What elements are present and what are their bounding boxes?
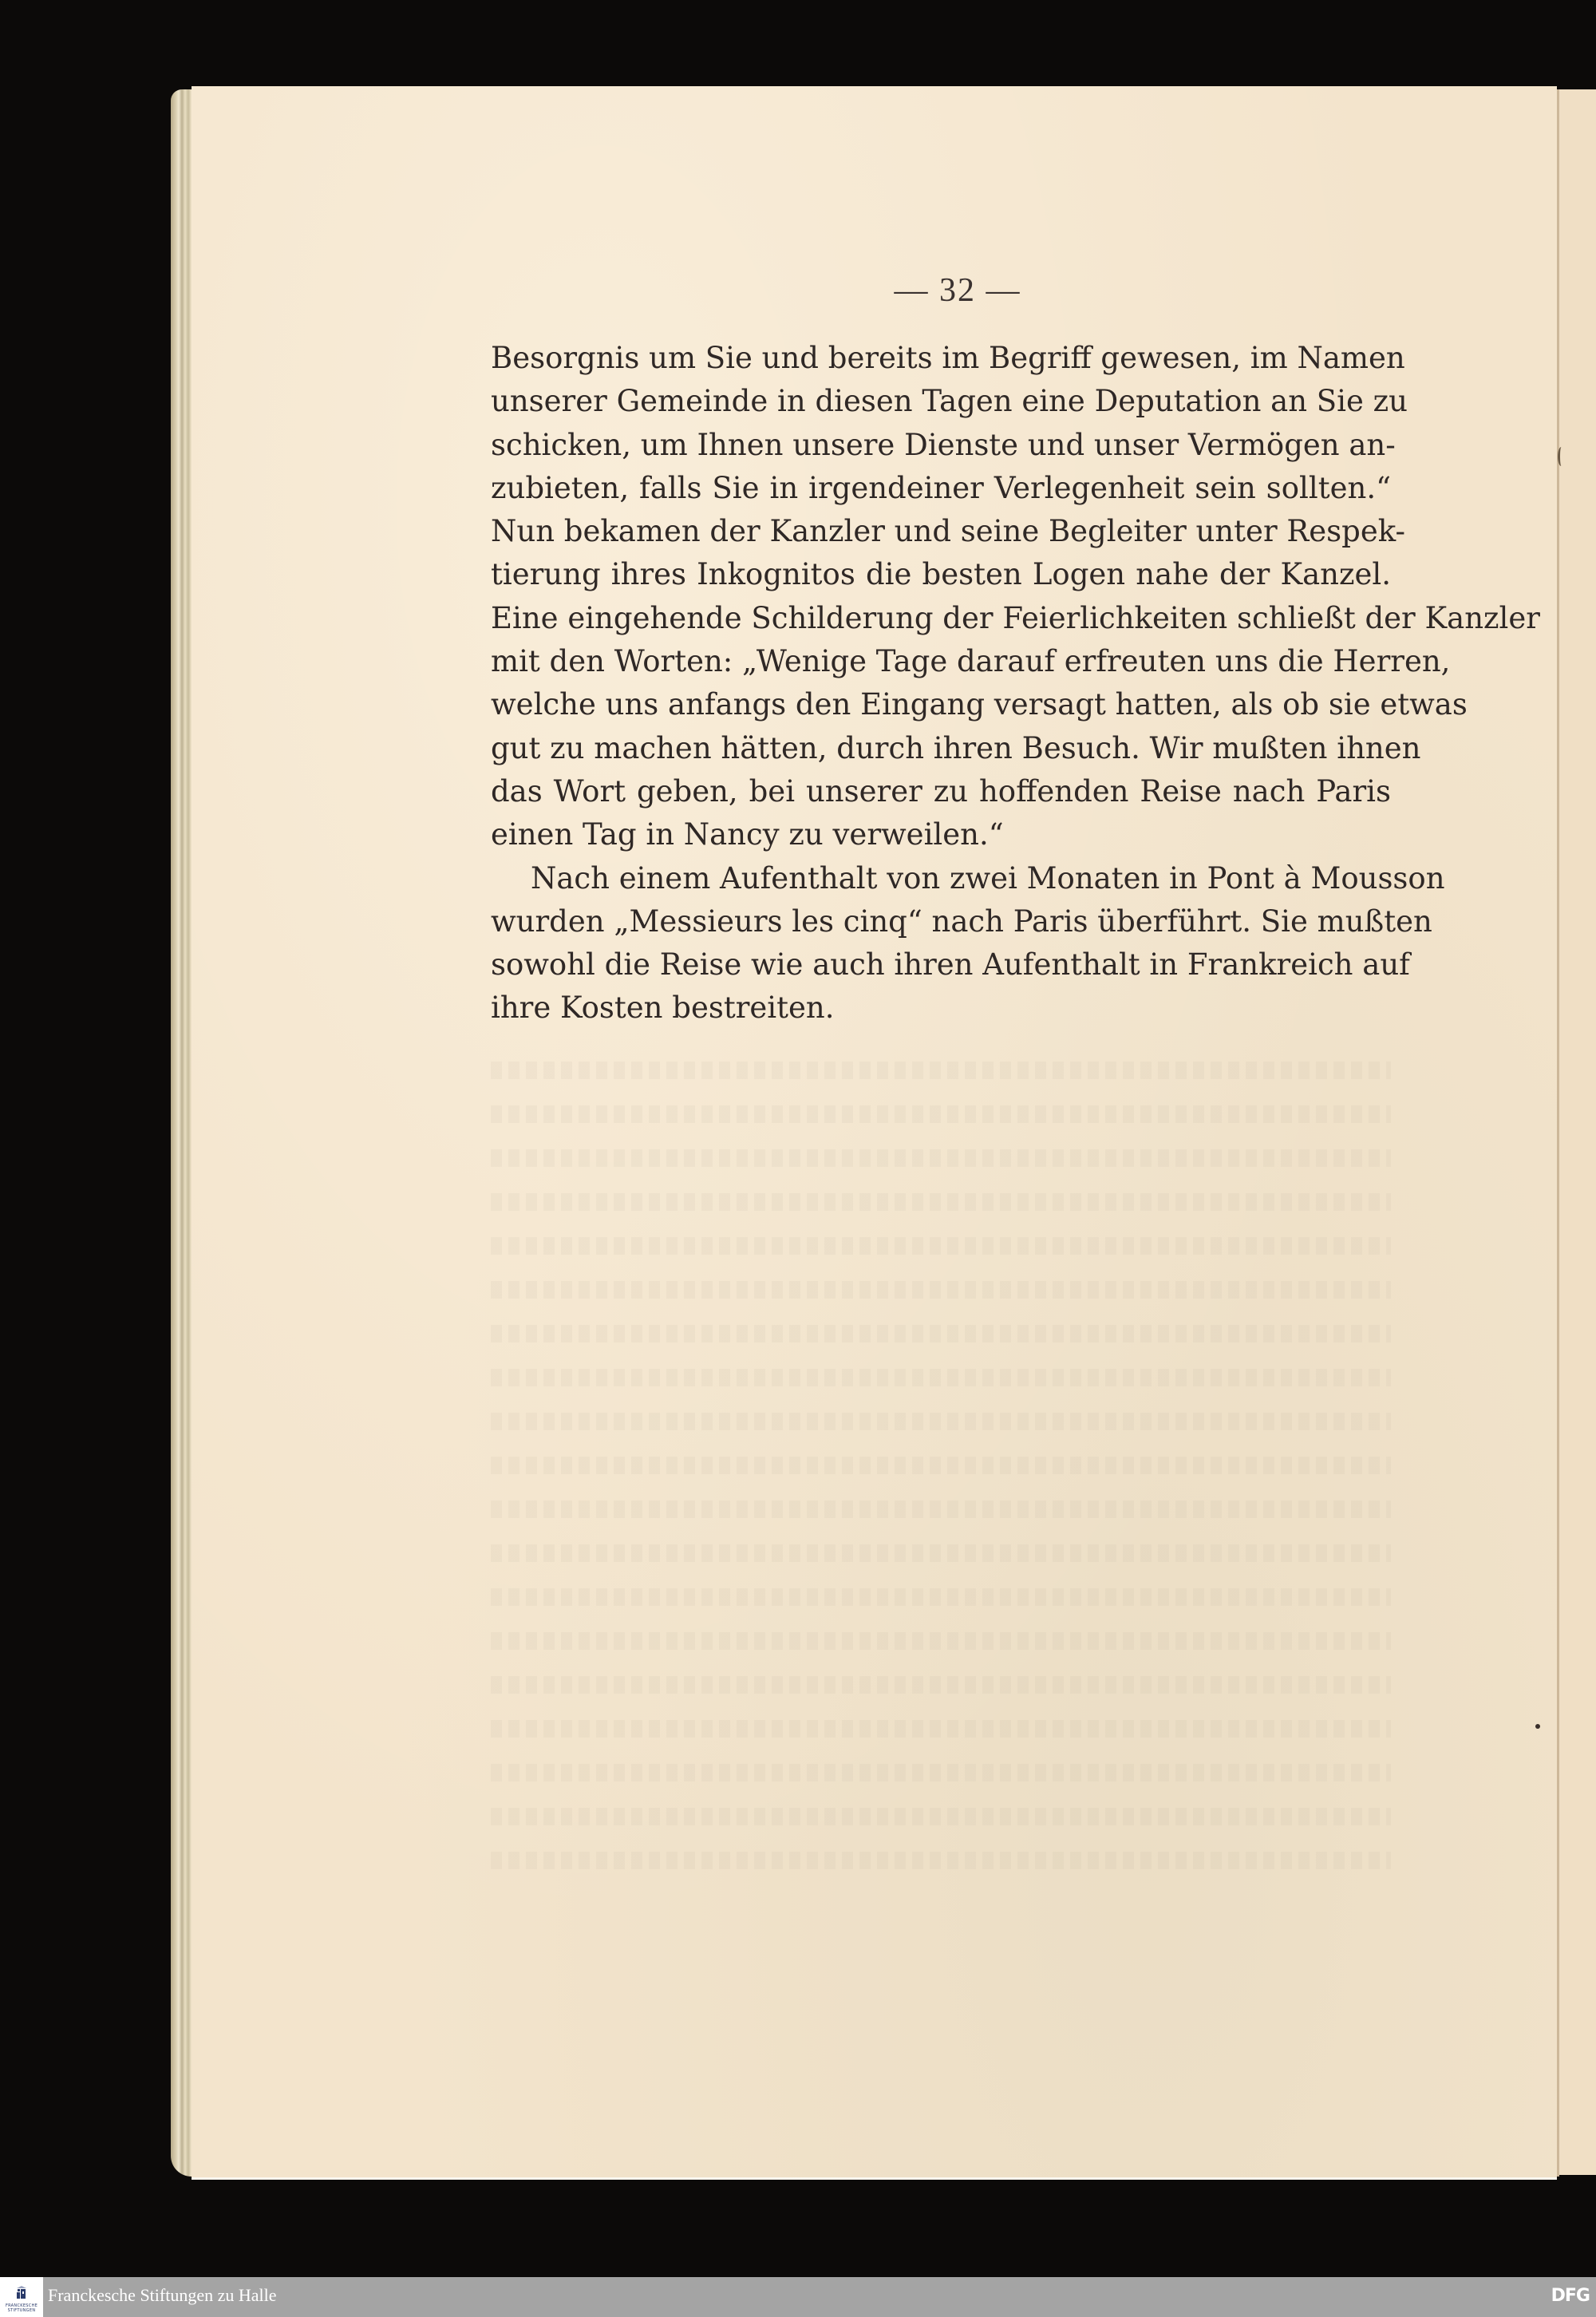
paragraph-1: Besorgnis um Sie und bereits im Begriff …: [491, 337, 1391, 857]
body-text: Besorgnis um Sie und bereits im Begriff …: [491, 337, 1391, 1030]
paper-speck: [1535, 1724, 1540, 1729]
text-line: welche uns anfangs den Eingang versagt h…: [491, 683, 1391, 726]
text-line: schicken, um Ihnen unsere Dienste und un…: [491, 424, 1391, 467]
text-line: zubieten, falls Sie in irgendeiner Verle…: [491, 467, 1391, 510]
text-line: ihre Kosten bestreiten.: [491, 987, 1391, 1030]
next-page-edge: [1559, 89, 1596, 2175]
dfg-logo[interactable]: DFG: [1551, 2286, 1590, 2306]
text-line: unserer Gemeinde in diesen Tagen eine De…: [491, 380, 1391, 423]
text-line: einen Tag in Nancy zu verweilen.“: [491, 813, 1391, 856]
binding-mark: [1558, 447, 1565, 466]
institution-name: Franckesche Stiftungen zu Halle: [48, 2285, 277, 2306]
text-line: Besorgnis um Sie und bereits im Begriff …: [491, 337, 1391, 380]
text-line: mit den Worten: „Wenige Tage darauf erfr…: [491, 640, 1391, 683]
footer-bar: FRANCKESCHE STIFTUNGEN Franckesche Stift…: [0, 2277, 1596, 2317]
text-line: gut zu machen hätten, durch ihren Besuch…: [491, 727, 1391, 770]
page-number: — 32 —: [846, 271, 1069, 310]
text-line: Nach einem Aufenthalt von zwei Monaten i…: [491, 857, 1391, 900]
paragraph-2: Nach einem Aufenthalt von zwei Monaten i…: [491, 857, 1391, 1030]
bleed-through-text: [491, 1062, 1391, 1900]
logo-caption: FRANCKESCHE STIFTUNGEN: [2, 2303, 41, 2313]
text-line: Eine eingehende Schilderung der Feierlic…: [491, 597, 1391, 640]
text-line: tierung ihres Inkognitos die besten Loge…: [491, 553, 1391, 596]
franckesche-stiftungen-logo[interactable]: FRANCKESCHE STIFTUNGEN: [0, 2277, 43, 2317]
institution-emblem-icon: [14, 2285, 29, 2299]
text-line: sowohl die Reise wie auch ihren Aufentha…: [491, 943, 1391, 987]
text-line: Nun bekamen der Kanzler und seine Beglei…: [491, 510, 1391, 553]
text-line: das Wort geben, bei unserer zu hoffenden…: [491, 770, 1391, 813]
text-line: wurden „Messieurs les cinq“ nach Paris ü…: [491, 900, 1391, 943]
